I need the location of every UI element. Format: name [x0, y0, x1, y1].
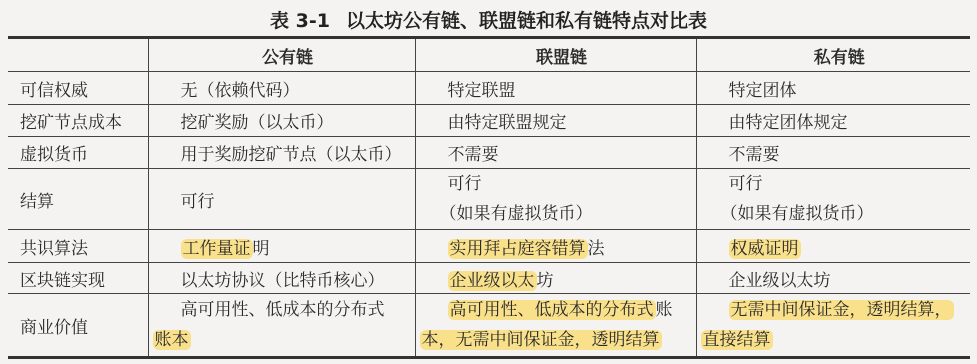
public-cell: 工作量证明	[148, 230, 415, 263]
private-cell: 特定团体	[696, 72, 970, 105]
table-row: 可信权威 无（依赖代码） 特定联盟 特定团体	[8, 72, 970, 105]
feature-cell: 共识算法	[8, 230, 148, 263]
header-feature	[8, 38, 148, 72]
feature-cell: 商业价值	[8, 294, 148, 358]
highlight-mark: 账本	[153, 330, 191, 350]
highlight-mark: 直接结算	[701, 330, 773, 350]
private-cell: 可行 （如果有虚拟货币）	[696, 169, 970, 230]
feature-cell: 结算	[8, 169, 148, 230]
table-row: 虚拟货币 用于奖励挖矿节点（以太币） 不需要 不需要	[8, 137, 970, 169]
public-cell: 高可用性、低成本的分布式 账本	[148, 294, 415, 358]
header-private-chain: 私有链	[696, 38, 970, 72]
table-number: 表 3-1	[270, 10, 330, 32]
header-consortium-chain: 联盟链	[415, 38, 696, 72]
consortium-cell: 可行 （如果有虚拟货币）	[415, 169, 696, 230]
private-cell: 不需要	[696, 137, 970, 169]
table-row: 结算 可行 可行 （如果有虚拟货币） 可行 （如果有虚拟货币）	[8, 169, 970, 230]
cell-line: （如果有虚拟货币）	[721, 199, 971, 229]
consortium-cell: 由特定联盟规定	[415, 105, 696, 137]
highlight-mark: 无需中间保证金，透明结算，	[729, 300, 954, 320]
feature-cell: 虚拟货币	[8, 137, 148, 169]
private-cell: 企业级以太坊	[696, 263, 970, 294]
cell-text: 账	[656, 300, 673, 320]
cell-line: 无需中间保证金，透明结算，	[697, 295, 971, 325]
cell-line: 可行	[729, 169, 971, 199]
header-row: 公有链 联盟链 私有链	[8, 38, 970, 72]
highlight-mark: 工作量证	[181, 239, 253, 259]
public-cell: 可行	[148, 169, 415, 230]
private-cell: 由特定团体规定	[696, 105, 970, 137]
consortium-cell: 特定联盟	[415, 72, 696, 105]
cell-line: 高可用性、低成本的分布式账	[416, 295, 696, 325]
comparison-table: 公有链 联盟链 私有链 可信权威 无（依赖代码） 特定联盟 特定团体 挖矿节点成…	[8, 36, 970, 359]
feature-cell: 挖矿节点成本	[8, 105, 148, 137]
private-cell: 权威证明	[696, 230, 970, 263]
private-cell: 无需中间保证金，透明结算， 直接结算	[696, 294, 970, 358]
highlight-mark: 高可用性、低成本的分布式	[448, 300, 656, 320]
cell-line: 可行	[448, 169, 696, 199]
public-cell: 用于奖励挖矿节点（以太币）	[148, 137, 415, 169]
cell-text: 坊	[537, 271, 554, 291]
highlight-mark: 企业级以太	[448, 271, 537, 291]
highlight-mark: 权威证明	[729, 239, 801, 259]
table-title: 以太坊公有链、联盟链和私有链特点对比表	[346, 10, 707, 32]
cell-line: 本，无需中间保证金，透明结算	[416, 325, 696, 355]
header-public-chain: 公有链	[148, 38, 415, 72]
table-row: 共识算法 工作量证明 实用拜占庭容错算法 权威证明	[8, 230, 970, 263]
cell-line: 账本	[149, 325, 415, 355]
highlight-mark: 本，无需中间保证金，透明结算	[420, 330, 662, 350]
consortium-cell: 高可用性、低成本的分布式账 本，无需中间保证金，透明结算	[415, 294, 696, 358]
table-row: 区块链实现 以太坊协议（比特币核心） 企业级以太坊 企业级以太坊	[8, 263, 970, 294]
public-cell: 无（依赖代码）	[148, 72, 415, 105]
public-cell: 挖矿奖励（以太币）	[148, 105, 415, 137]
cell-line: （如果有虚拟货币）	[440, 199, 696, 229]
public-cell: 以太坊协议（比特币核心）	[148, 263, 415, 294]
consortium-cell: 不需要	[415, 137, 696, 169]
highlight-mark: 实用拜占庭容错算	[448, 239, 588, 259]
cell-line: 直接结算	[697, 325, 971, 355]
consortium-cell: 实用拜占庭容错算法	[415, 230, 696, 263]
table-caption: 表 3-1以太坊公有链、联盟链和私有链特点对比表	[0, 6, 977, 33]
cell-text: 明	[253, 239, 270, 259]
cell-line: 高可用性、低成本的分布式	[149, 295, 415, 325]
table-row: 商业价值 高可用性、低成本的分布式 账本 高可用性、低成本的分布式账 本，无需中…	[8, 294, 970, 358]
feature-cell: 可信权威	[8, 72, 148, 105]
consortium-cell: 企业级以太坊	[415, 263, 696, 294]
cell-text: 法	[588, 239, 605, 259]
table-row: 挖矿节点成本 挖矿奖励（以太币） 由特定联盟规定 由特定团体规定	[8, 105, 970, 137]
feature-cell: 区块链实现	[8, 263, 148, 294]
